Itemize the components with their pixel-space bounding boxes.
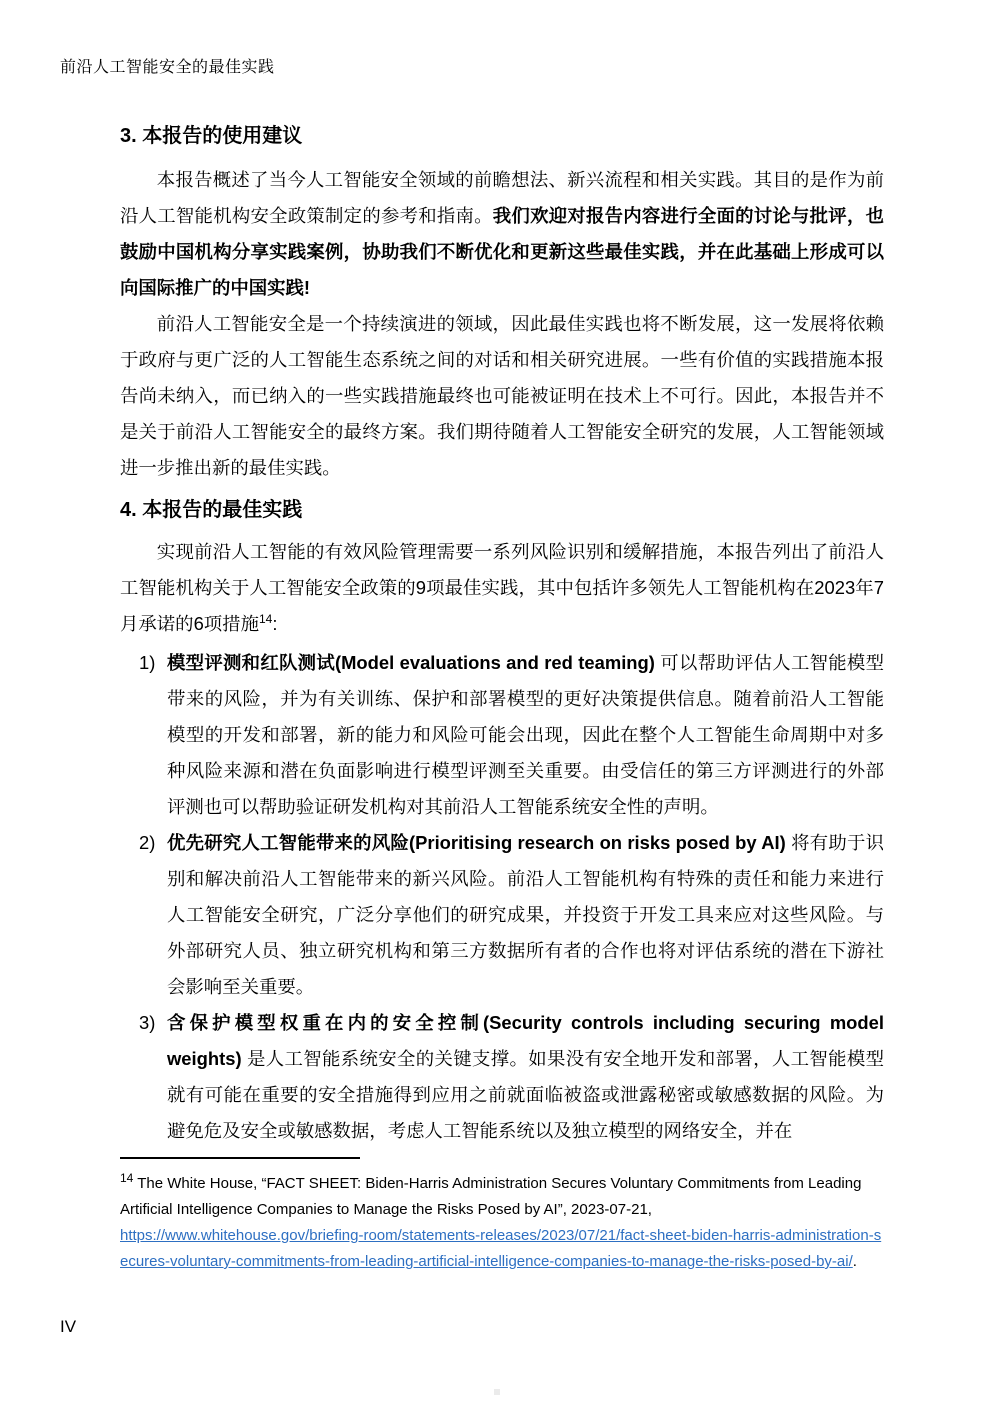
footnote-14-period: . [853, 1253, 857, 1270]
footnote-14-marker: 14 [120, 1171, 133, 1185]
page-content: 3. 本报告的使用建议 本报告概述了当今人工智能安全领域的前瞻想法、新兴流程和相… [120, 121, 884, 1275]
section-4-intro-text: 实现前沿人工智能的有效风险管理需要一系列风险识别和缓解措施，本报告列出了前沿人工… [120, 541, 884, 634]
list-item: 3) 含保护模型权重在内的安全控制(Security controls incl… [120, 1005, 884, 1149]
page-number: IV [60, 1316, 76, 1338]
section-3-paragraph-2: 前沿人工智能安全是一个持续演进的领域，因此最佳实践也将不断发展，这一发展将依赖于… [120, 306, 884, 486]
footnote-14-link[interactable]: https://www.whitehouse.gov/briefing-room… [120, 1227, 881, 1270]
list-item-3-text: 是人工智能系统安全的关键支撑。如果没有安全地开发和部署，人工智能模型就有可能在重… [167, 1048, 884, 1141]
list-item: 1) 模型评测和红队测试(Model evaluations and red t… [120, 645, 884, 825]
footnote-14: 14 The White House, “FACT SHEET: Biden-H… [120, 1171, 884, 1275]
section-4-heading: 4. 本报告的最佳实践 [120, 495, 884, 525]
section-4-intro: 实现前沿人工智能的有效风险管理需要一系列风险识别和缓解措施，本报告列出了前沿人工… [120, 534, 884, 642]
section-3-heading: 3. 本报告的使用建议 [120, 121, 884, 151]
running-header: 前沿人工智能安全的最佳实践 [60, 57, 275, 79]
section-4-intro-colon: : [272, 613, 277, 634]
list-item-1-text: 可以帮助评估人工智能模型带来的风险，并为有关训练、保护和部署模型的更好决策提供信… [167, 652, 884, 817]
stray-mark [494, 1389, 500, 1395]
list-item-1-title: 模型评测和红队测试(Model evaluations and red team… [167, 652, 655, 673]
list-item-2-number: 2) [139, 825, 167, 1005]
list-item-3-number: 3) [139, 1005, 167, 1149]
list-item: 2) 优先研究人工智能带来的风险(Prioritising research o… [120, 825, 884, 1005]
best-practices-list: 1) 模型评测和红队测试(Model evaluations and red t… [120, 645, 884, 1149]
footnote-reference-14[interactable]: 14 [259, 612, 272, 626]
section-3-paragraph-1: 本报告概述了当今人工智能安全领域的前瞻想法、新兴流程和相关实践。其目的是作为前沿… [120, 162, 884, 306]
list-item-2-text: 将有助于识别和解决前沿人工智能带来的新兴风险。前沿人工智能机构有特殊的责任和能力… [167, 832, 884, 997]
list-item-2-body: 优先研究人工智能带来的风险(Prioritising research on r… [167, 825, 884, 1005]
document-page: 前沿人工智能安全的最佳实践 3. 本报告的使用建议 本报告概述了当今人工智能安全… [0, 0, 993, 1403]
footnote-14-text: The White House, “FACT SHEET: Biden-Harr… [120, 1175, 861, 1218]
list-item-2-title: 优先研究人工智能带来的风险(Prioritising research on r… [167, 832, 786, 853]
footnote-separator [120, 1157, 360, 1159]
list-item-1-body: 模型评测和红队测试(Model evaluations and red team… [167, 645, 884, 825]
list-item-1-number: 1) [139, 645, 167, 825]
footnote-14-citation: 14 The White House, “FACT SHEET: Biden-H… [120, 1171, 884, 1275]
list-item-3-body: 含保护模型权重在内的安全控制(Security controls includi… [167, 1005, 884, 1149]
